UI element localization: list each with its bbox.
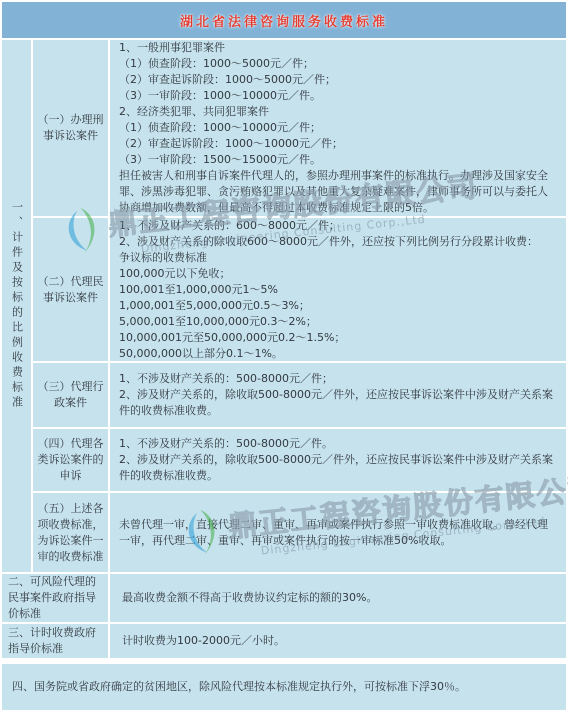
section-2-content: 最高收费金额不得高于收费协议约定标的额的30%。 <box>110 574 566 622</box>
row-3-content: 1、不涉及财产关系的：500-8000元／件； 2、涉及财产关系的，除收取500… <box>110 363 566 427</box>
section-4-content: 四、国务院或省政府确定的贫困地区，除风险代理按本标准规定执行外，可按标准下浮30… <box>2 664 566 710</box>
row-5-content: 未曾代理一审，直接代理二审、重审、再审或案件执行参照一审收费标准收取。曾经代理一… <box>110 493 566 572</box>
section-3-content: 计时收费为100-2000元／小时。 <box>110 624 566 658</box>
row-2-content: 1、不涉及财产关系的：600～8000元／件； 2、涉及财产关系的除收取600～… <box>110 218 566 361</box>
row-5-label: （五）上述各项收费标准，为诉讼案件一审的收费标准 <box>33 493 108 572</box>
row-1-label: （一）办理刑事诉讼案件 <box>33 40 108 216</box>
page-title: 湖北省法律咨询服务收费标准 <box>2 2 566 38</box>
section-4-row: 四、国务院或省政府确定的贫困地区，除风险代理按本标准规定执行外，可按标准下浮30… <box>2 664 566 710</box>
section-2-label: 二、可风险代理的民事案件政府指导价标准 <box>2 574 108 622</box>
fee-standard-table: 湖北省法律咨询服务收费标准 一、计件及按标的比例收费标准 （一）办理刑事诉讼案件… <box>0 0 568 710</box>
table-row: （四）代理各类诉讼案件的申诉 1、不涉及财产关系的：500-8000元／件。 2… <box>33 429 566 491</box>
section-2-row: 二、可风险代理的民事案件政府指导价标准 最高收费金额不得高于收费协议约定标的额的… <box>2 574 566 622</box>
section-1-category-label: 一、计件及按标的比例收费标准 <box>2 40 31 572</box>
row-4-label: （四）代理各类诉讼案件的申诉 <box>33 429 108 491</box>
table-row: （五）上述各项收费标准，为诉讼案件一审的收费标准 未曾代理一审，直接代理二审、重… <box>33 493 566 572</box>
row-2-label: （二）代理民事诉讼案件 <box>33 218 108 361</box>
section-1: 一、计件及按标的比例收费标准 （一）办理刑事诉讼案件 1、一般刑事犯罪案件 （1… <box>2 40 566 572</box>
table-row: （三）代理行政案件 1、不涉及财产关系的：500-8000元／件； 2、涉及财产… <box>33 363 566 427</box>
row-4-content: 1、不涉及财产关系的：500-8000元／件。 2、涉及财产关系的，除收取500… <box>110 429 566 491</box>
section-3-row: 三、计时收费政府指导价标准 计时收费为100-2000元／小时。 <box>2 624 566 658</box>
row-3-label: （三）代理行政案件 <box>33 363 108 427</box>
table-row: （二）代理民事诉讼案件 1、不涉及财产关系的：600～8000元／件； 2、涉及… <box>33 218 566 361</box>
table-row: （一）办理刑事诉讼案件 1、一般刑事犯罪案件 （1）侦查阶段：1000～5000… <box>33 40 566 216</box>
row-1-content: 1、一般刑事犯罪案件 （1）侦查阶段：1000～5000元／件； （2）审查起诉… <box>110 40 566 216</box>
section-3-label: 三、计时收费政府指导价标准 <box>2 624 108 658</box>
